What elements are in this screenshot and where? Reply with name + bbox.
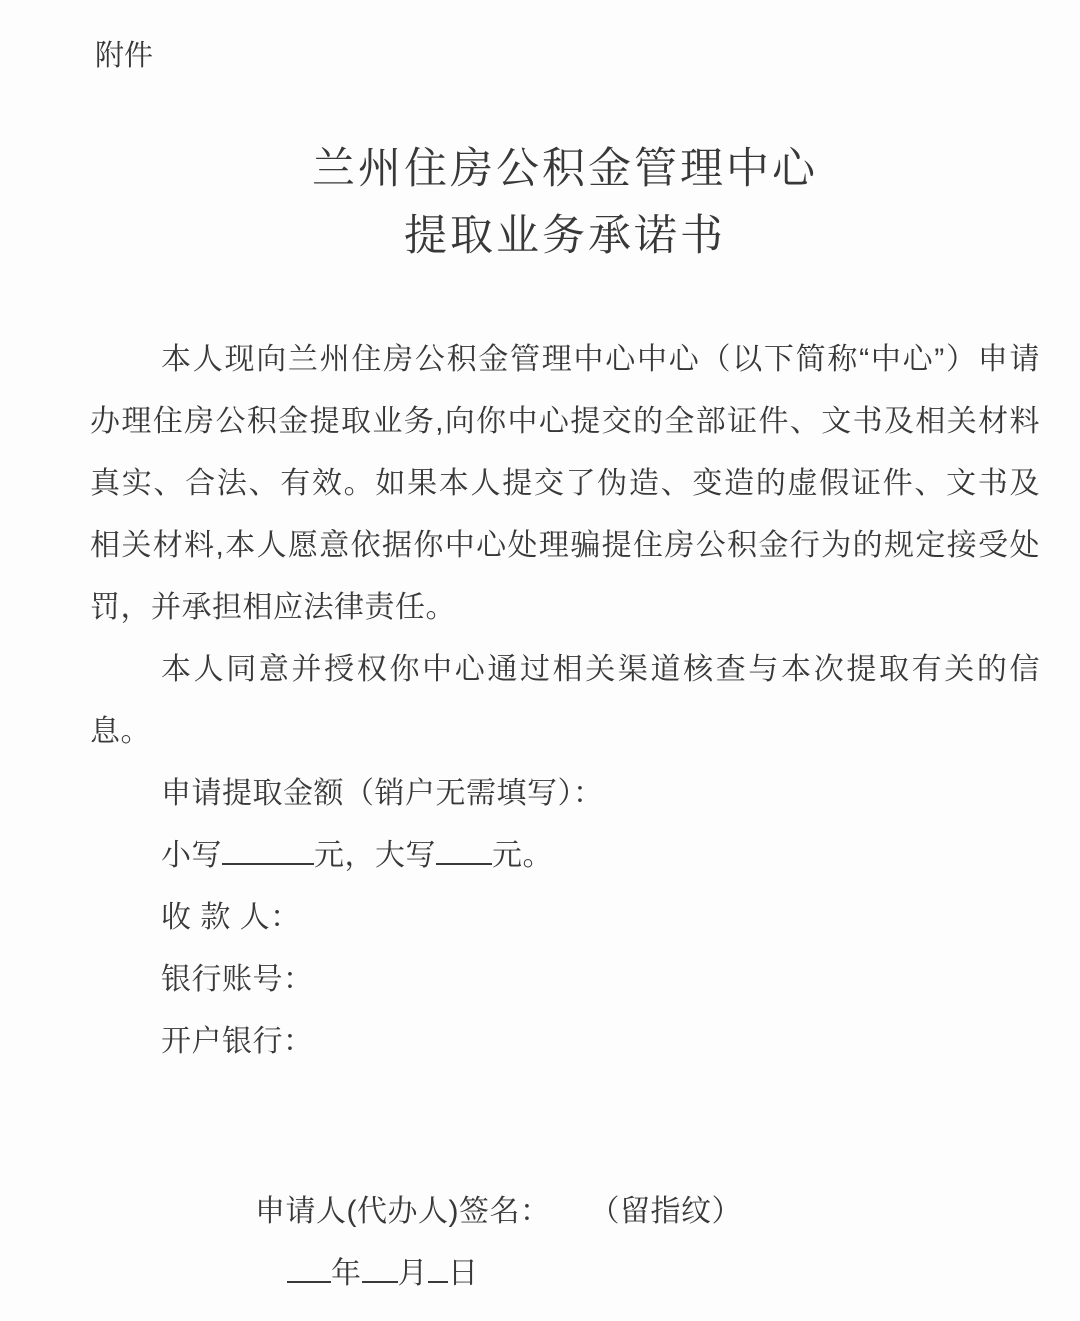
attachment-label: 附件 <box>95 36 1080 76</box>
document-page: 附件 兰州住房公积金管理中心 提取业务承诺书 本人现向兰州住房公积金管理中心中心… <box>0 0 1080 1321</box>
amount-line: 小写元，大写元。 <box>90 825 1040 887</box>
amount-words-label: 元，大写 <box>314 839 436 872</box>
paragraph1-line-5: 罚，并承担相应法律责任。 <box>90 577 1040 639</box>
amount-words-blank <box>436 835 492 865</box>
date-month-blank <box>362 1253 398 1283</box>
paragraph1-line-2: 办理住房公积金提取业务,向你中心提交的全部证件、文书及相关材料 <box>90 391 1040 453</box>
document-title: 兰州住房公积金管理中心 提取业务承诺书 <box>90 136 1040 270</box>
document-body: 本人现向兰州住房公积金管理中心中心（以下简称“中心”）申请 办理住房公积金提取业… <box>90 329 1040 1073</box>
amount-line-suffix: 元。 <box>492 839 553 872</box>
paragraph2-line-1: 本人同意并授权你中心通过相关渠道核查与本次提取有关的信 <box>90 639 1040 701</box>
date-day-label: 日 <box>448 1257 479 1290</box>
date-day-blank <box>428 1253 448 1283</box>
signature-line: 申请人(代办人)签名：（留指纹） <box>255 1181 1040 1243</box>
paragraph1-line-3: 真实、合法、有效。如果本人提交了伪造、变造的虚假证件、文书及 <box>90 453 1040 515</box>
fingerprint-note: （留指纹） <box>604 1195 742 1228</box>
date-year-blank <box>287 1253 331 1283</box>
signature-section: 申请人(代办人)签名：（留指纹） 年月日 <box>90 1181 1040 1305</box>
title-line-2: 提取业务承诺书 <box>90 203 1040 270</box>
date-year-label: 年 <box>331 1257 362 1290</box>
amount-section-label: 申请提取金额（销户无需填写）： <box>90 763 1040 825</box>
date-line: 年月日 <box>287 1243 1040 1305</box>
bank-account-label: 银行账号： <box>90 949 1040 1011</box>
bank-name-label: 开户银行： <box>90 1011 1040 1073</box>
paragraph1-line-4: 相关材料,本人愿意依据你中心处理骗提住房公积金行为的规定接受处 <box>90 515 1040 577</box>
payee-label: 收 款 人： <box>90 887 1040 949</box>
paragraph1-line-1: 本人现向兰州住房公积金管理中心中心（以下简称“中心”）申请 <box>90 329 1040 391</box>
paragraph2-line-2: 息。 <box>90 701 1040 763</box>
amount-numeral-label: 小写 <box>161 839 222 872</box>
amount-numeral-blank <box>222 835 314 865</box>
signature-label: 申请人(代办人)签名： <box>255 1195 550 1228</box>
date-month-label: 月 <box>398 1257 429 1290</box>
title-line-1: 兰州住房公积金管理中心 <box>90 136 1040 203</box>
